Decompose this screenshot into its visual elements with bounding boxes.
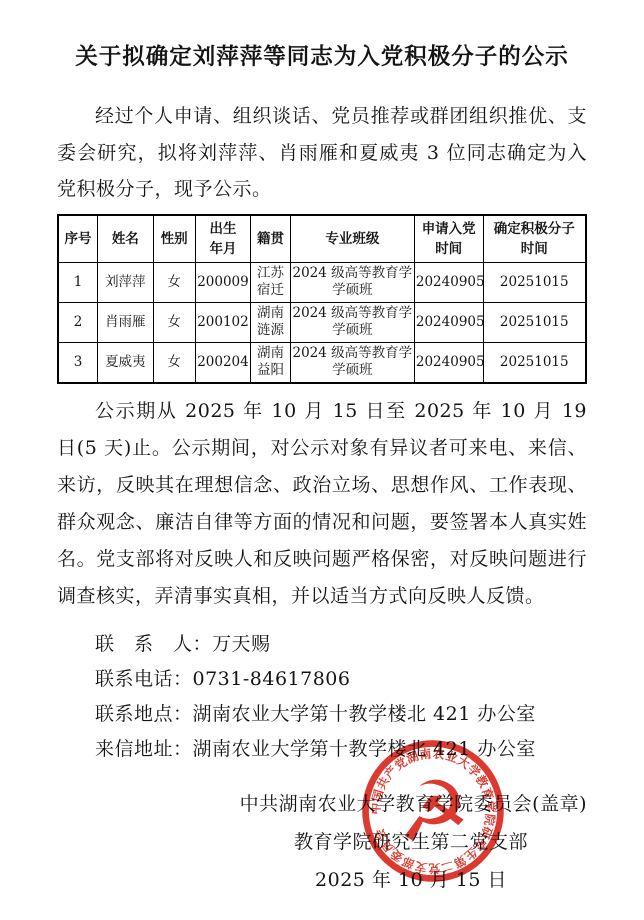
col-header-apply-date: 申请入党 时间: [414, 215, 483, 263]
table-header-row: 序号 姓名 性别 出生 年月 籍贯 专业班级 申请入党 时间 确定积极分子 时间: [58, 215, 586, 263]
cell-apply-date: 20240905: [414, 302, 483, 342]
cell-seq: 3: [58, 342, 98, 383]
contact-person-line: 联 系 人：万天赐: [57, 627, 587, 662]
col-header-seq: 序号: [58, 215, 98, 263]
signature-branch-line: 教育学院研究生第二党支部: [235, 823, 587, 861]
signature-block: 中共湖南农业大学教育学院委员会(盖章) 教育学院研究生第二党支部 2025 年 …: [235, 785, 587, 899]
cell-name: 夏威夷: [98, 342, 153, 383]
cell-class: 2024 级高等教育学 学硕班: [290, 302, 414, 342]
cell-gender: 女: [153, 342, 195, 383]
cell-class: 2024 级高等教育学 学硕班: [290, 262, 414, 302]
cell-confirm-date: 20251015: [483, 342, 586, 383]
cell-seq: 1: [58, 262, 98, 302]
cell-hometown: 湖南 涟源: [251, 302, 291, 342]
cell-confirm-date: 20251015: [483, 262, 586, 302]
cell-birth: 200009: [195, 262, 250, 302]
contact-block: 联 系 人：万天赐 联系电话：0731-84617806 联系地点：湖南农业大学…: [57, 627, 587, 767]
notice-document: 关于拟确定刘萍萍等同志为入党积极分子的公示 经过个人申请、组织谈话、党员推荐或群…: [0, 0, 644, 920]
notice-paragraph: 公示期从 2025 年 10 月 15 日至 2025 年 10 月 19 日(…: [57, 393, 587, 615]
intro-paragraph: 经过个人申请、组织谈话、党员推荐或群团组织推优、支委会研究，拟将刘萍萍、肖雨雁和…: [57, 98, 587, 208]
cell-seq: 2: [58, 302, 98, 342]
cell-confirm-date: 20251015: [483, 302, 586, 342]
cell-hometown: 湖南 益阳: [251, 342, 291, 383]
col-header-hometown: 籍贯: [251, 215, 291, 263]
table-row: 1 刘萍萍 女 200009 江苏 宿迁 2024 级高等教育学 学硕班 202…: [58, 262, 586, 302]
table-row: 3 夏威夷 女 200204 湖南 益阳 2024 级高等教育学 学硕班 202…: [58, 342, 586, 383]
candidates-table: 序号 姓名 性别 出生 年月 籍贯 专业班级 申请入党 时间 确定积极分子 时间…: [57, 214, 587, 384]
signature-date-line: 2025 年 10 月 15 日: [235, 861, 587, 899]
contact-mail-address-line: 来信地址：湖南农业大学第十教学楼北 421 办公室: [57, 732, 587, 767]
page-title: 关于拟确定刘萍萍等同志为入党积极分子的公示: [57, 36, 587, 74]
cell-gender: 女: [153, 262, 195, 302]
cell-name: 刘萍萍: [98, 262, 153, 302]
cell-gender: 女: [153, 302, 195, 342]
cell-hometown: 江苏 宿迁: [251, 262, 291, 302]
cell-birth: 200102: [195, 302, 250, 342]
col-header-gender: 性别: [153, 215, 195, 263]
signature-committee-line: 中共湖南农业大学教育学院委员会(盖章): [235, 785, 587, 823]
col-header-class: 专业班级: [290, 215, 414, 263]
table-row: 2 肖雨雁 女 200102 湖南 涟源 2024 级高等教育学 学硕班 202…: [58, 302, 586, 342]
col-header-confirm-date: 确定积极分子 时间: [483, 215, 586, 263]
cell-apply-date: 20240905: [414, 342, 483, 383]
cell-class: 2024 级高等教育学 学硕班: [290, 342, 414, 383]
contact-phone-line: 联系电话：0731-84617806: [57, 662, 587, 697]
cell-name: 肖雨雁: [98, 302, 153, 342]
cell-birth: 200204: [195, 342, 250, 383]
cell-apply-date: 20240905: [414, 262, 483, 302]
col-header-birth: 出生 年月: [195, 215, 250, 263]
contact-location-line: 联系地点：湖南农业大学第十教学楼北 421 办公室: [57, 697, 587, 732]
col-header-name: 姓名: [98, 215, 153, 263]
